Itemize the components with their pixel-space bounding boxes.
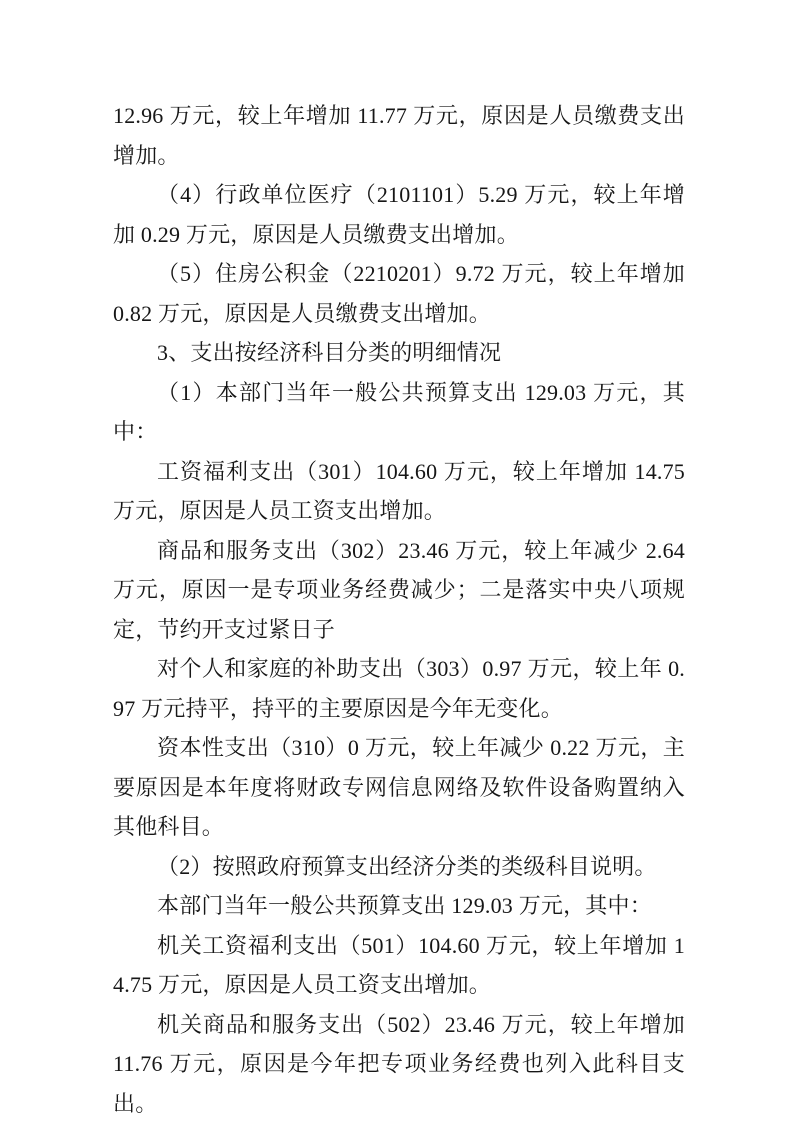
paragraph-item-4-medical: （4）行政单位医疗（2101101）5.29 万元，较上年增加 0.29 万元，… — [113, 175, 685, 254]
section-heading-3: 3、支出按经济科目分类的明细情况 — [113, 333, 685, 373]
paragraph-continuation: 12.96 万元，较上年增加 11.77 万元，原因是人员缴费支出增加。 — [113, 96, 685, 175]
paragraph-subsidies-303: 对个人和家庭的补助支出（303）0.97 万元，较上年 0.97 万元持平，持平… — [113, 649, 685, 728]
paragraph-item-5-housing-fund: （5）住房公积金（2210201）9.72 万元，较上年增加 0.82 万元，原… — [113, 254, 685, 333]
document-page: 12.96 万元，较上年增加 11.77 万元，原因是人员缴费支出增加。 （4）… — [0, 0, 793, 1122]
paragraph-sub-1-total: （1）本部门当年一般公共预算支出 129.03 万元，其中： — [113, 373, 685, 452]
document-body: 12.96 万元，较上年增加 11.77 万元，原因是人员缴费支出增加。 （4）… — [113, 96, 685, 1122]
paragraph-sub-2-gov-classification: （2）按照政府预算支出经济分类的类级科目说明。 — [113, 847, 685, 887]
paragraph-agency-wages-501: 机关工资福利支出（501）104.60 万元，较上年增加 14.75 万元，原因… — [113, 926, 685, 1005]
paragraph-wages-301: 工资福利支出（301）104.60 万元，较上年增加 14.75 万元，原因是人… — [113, 452, 685, 531]
paragraph-total-repeat: 本部门当年一般公共预算支出 129.03 万元，其中： — [113, 886, 685, 926]
paragraph-goods-services-302: 商品和服务支出（302）23.46 万元，较上年减少 2.64 万元，原因一是专… — [113, 531, 685, 650]
paragraph-agency-goods-services-502: 机关商品和服务支出（502）23.46 万元，较上年增加 11.76 万元，原因… — [113, 1005, 685, 1122]
paragraph-capital-310: 资本性支出（310）0 万元，较上年减少 0.22 万元，主要原因是本年度将财政… — [113, 728, 685, 847]
